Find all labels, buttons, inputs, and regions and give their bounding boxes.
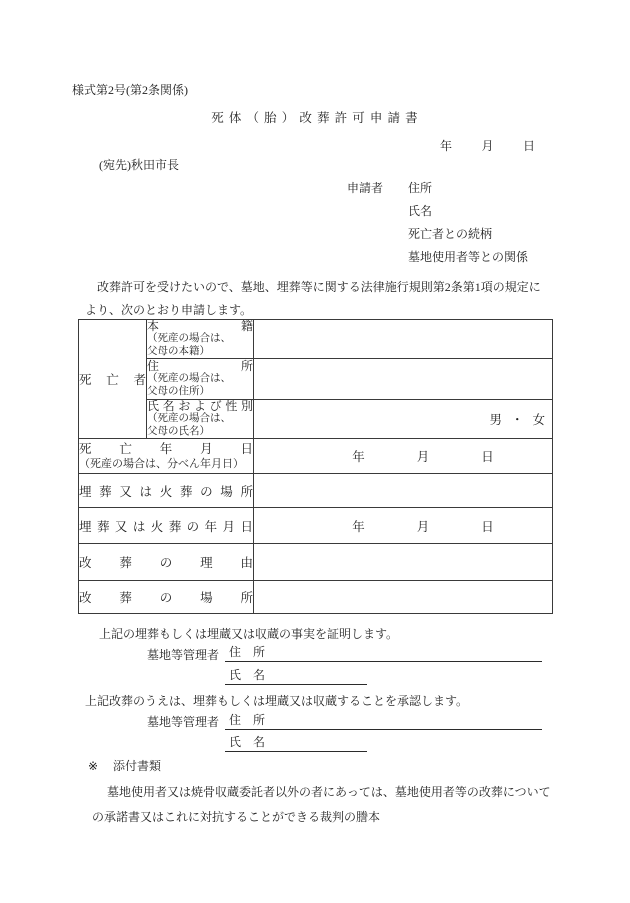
death-date-year-label: 年: [352, 447, 365, 465]
approver-name-field[interactable]: 氏 名: [225, 733, 367, 752]
death-date-month-label: 月: [417, 447, 430, 465]
approver-name-label: 氏 名: [225, 735, 265, 749]
approval-statement: 上記改葬のうえは、埋葬もしくは埋蔵又は収蔵することを承認します。: [85, 693, 468, 709]
burial-date-year-label: 年: [352, 517, 365, 535]
reburial-place-label: 改 葬 の 場 所: [79, 581, 254, 614]
document-page: 様式第2号(第2条関係) 死 体 （ 胎 ） 改 葬 許 可 申 請 書 年 月…: [0, 0, 630, 903]
domicile-value-cell[interactable]: [254, 320, 553, 359]
header-year-label: 年: [440, 138, 452, 154]
burial-place-value-cell[interactable]: [254, 474, 553, 508]
approver-manager-label: 墓地等管理者: [147, 714, 219, 730]
form-number: 様式第2号(第2条関係): [72, 82, 188, 98]
applicant-label: 申請者: [347, 180, 383, 196]
domicile-note-line1: （死産の場合は、: [147, 333, 253, 346]
burial-date-day-label: 日: [481, 517, 494, 535]
burial-date-month-label: 月: [417, 517, 430, 535]
intro-paragraph: 改葬許可を受けたいので、墓地、埋葬等に関する法律施行規則第2条第1項の規定により…: [85, 276, 543, 321]
reburial-place-value-cell[interactable]: [254, 581, 553, 614]
domicile-note-line2: 父母の本籍）: [147, 346, 253, 359]
application-table: 死 亡 者 本 籍 （死産の場合は、 父母の本籍） 住 所 （死産の場合は、 父…: [78, 319, 553, 614]
form-title: 死 体 （ 胎 ） 改 葬 許 可 申 請 書: [0, 110, 630, 126]
burial-date-label: 埋 葬 又 は 火 葬 の 年 月 日: [79, 508, 254, 544]
address-value-cell[interactable]: [254, 359, 553, 400]
name-sex-label: 氏名および性別: [147, 400, 253, 413]
certifier-manager-label: 墓地等管理者: [147, 647, 219, 663]
note-body: 墓地使用者又は焼骨収蔵委託者以外の者にあっては、墓地使用者等の改葬についての承諾…: [92, 780, 554, 830]
reburial-reason-label: 改 葬 の 理 由: [79, 544, 254, 581]
death-date-label: 死 亡 年 月 日: [79, 442, 253, 457]
certification-statement: 上記の埋葬もしくは埋蔵又は収蔵の事実を証明します。: [99, 626, 398, 642]
deceased-header-cell: 死 亡 者: [79, 320, 147, 439]
name-sex-note-line2: 父母の氏名）: [147, 426, 253, 439]
domicile-label: 本 籍: [147, 320, 253, 333]
applicant-relation-grave-user-label: 墓地使用者等との関係: [408, 249, 528, 265]
note-title: 添付書類: [113, 758, 161, 774]
name-sex-label-cell: 氏名および性別 （死産の場合は、 父母の氏名）: [147, 400, 254, 439]
death-date-label-cell: 死 亡 年 月 日 （死産の場合は、分べん年月日）: [79, 439, 254, 474]
header-day-label: 日: [523, 138, 535, 154]
death-date-placeholders: 年 月 日: [254, 447, 552, 465]
certifier-address-field[interactable]: 住 所: [225, 643, 542, 662]
death-date-day-label: 日: [481, 447, 494, 465]
address-label: 住 所: [147, 360, 253, 373]
address-note-line1: （死産の場合は、: [147, 373, 253, 386]
applicant-name-label: 氏名: [408, 203, 432, 219]
address-note-line2: 父母の住所）: [147, 386, 253, 399]
addressee: (宛先)秋田市長: [99, 157, 179, 173]
sex-options: 男 ・ 女: [254, 410, 552, 428]
note-marker: ※: [88, 758, 98, 774]
male-option[interactable]: 男: [489, 410, 502, 428]
name-sex-value-cell[interactable]: 男 ・ 女: [254, 400, 553, 439]
address-label-cell: 住 所 （死産の場合は、 父母の住所）: [147, 359, 254, 400]
approver-address-field[interactable]: 住 所: [225, 711, 542, 730]
deceased-label: 死 亡 者: [79, 370, 146, 388]
burial-date-placeholders: 年 月 日: [254, 517, 552, 535]
certifier-name-label: 氏 名: [225, 668, 265, 682]
header-month-label: 月: [481, 138, 493, 154]
female-option[interactable]: 女: [532, 410, 545, 428]
certifier-address-label: 住 所: [225, 645, 265, 659]
death-date-note: （死産の場合は、分べん年月日）: [79, 457, 253, 471]
certifier-name-field[interactable]: 氏 名: [225, 666, 367, 685]
sex-separator-dot: ・: [511, 410, 524, 428]
applicant-address-label: 住所: [408, 180, 432, 196]
burial-date-value-cell[interactable]: 年 月 日: [254, 508, 553, 544]
burial-place-label: 埋 葬 又 は 火 葬 の 場 所: [79, 474, 254, 508]
header-date-line: 年 月 日: [440, 138, 535, 154]
reburial-reason-value-cell[interactable]: [254, 544, 553, 581]
name-sex-note-line1: （死産の場合は、: [147, 413, 253, 426]
applicant-relation-deceased-label: 死亡者との続柄: [408, 226, 492, 242]
death-date-value-cell[interactable]: 年 月 日: [254, 439, 553, 474]
approver-address-label: 住 所: [225, 713, 265, 727]
domicile-label-cell: 本 籍 （死産の場合は、 父母の本籍）: [147, 320, 254, 359]
